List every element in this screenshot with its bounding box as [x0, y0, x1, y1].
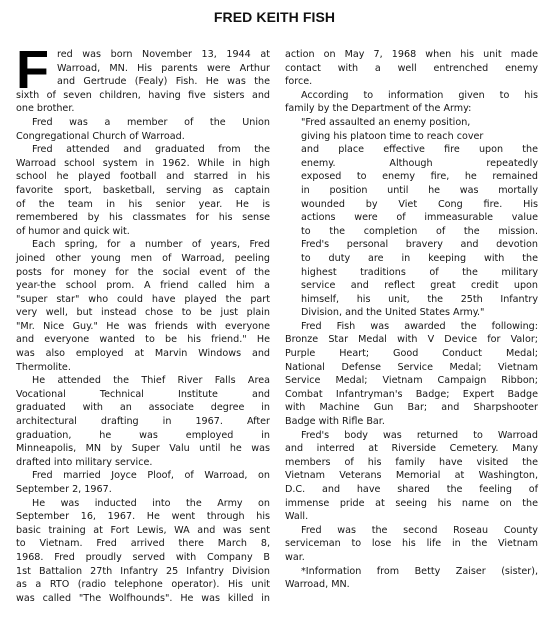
text-line: sixth of seven children, having five sis…: [16, 89, 270, 103]
text-line: Vietnam Veterans Memorial at Washington,: [285, 469, 538, 483]
text-line: "super star" who could have played the p…: [16, 293, 270, 307]
text-line: highest traditions of the military: [285, 266, 538, 280]
text-line: Warroad, MN. His parents were Arthur: [16, 62, 270, 76]
text-line: graduated with an associate degree in: [16, 401, 270, 415]
text-line: graduation, he was employed in: [16, 429, 270, 443]
text-line: in position until he was mortally: [285, 184, 538, 198]
text-line: Fred's body was returned to Warroad: [285, 429, 538, 443]
text-line: was called "The Wolfhounds". He was kill…: [16, 592, 270, 606]
text-line: giving his platoon time to reach cover: [285, 130, 538, 144]
text-line: *Information from Betty Zaiser (sister),: [285, 565, 538, 579]
text-line: Bronze Star Medal with V Device for Valo…: [285, 333, 538, 347]
text-line: According to information given to his: [285, 89, 538, 103]
text-line: was also employed at Marvin Windows and: [16, 347, 270, 361]
text-line: of humor and quick wit.: [16, 225, 270, 239]
text-line: Fred's personal bravery and devotion: [285, 238, 538, 252]
text-line: Wall.: [285, 510, 538, 524]
text-line: war.: [285, 551, 538, 565]
text-line: wounded by Viet Cong fire. His: [285, 198, 538, 212]
text-line: school he played football and starred in…: [16, 170, 270, 184]
text-line: Division, and the United States Army.": [285, 306, 538, 320]
text-line: Purple Heart; Good Conduct Medal;: [285, 347, 538, 361]
text-line: drafted into military service.: [16, 456, 270, 470]
text-line: Each spring, for a number of years, Fred: [16, 238, 270, 252]
text-line: Combat Infantryman's Badge; Expert Badge: [285, 388, 538, 402]
text-line: Congregational Church of Warroad.: [16, 130, 270, 144]
text-line: with Machine Gun Bar; and Sharpshooter: [285, 401, 538, 415]
text-line: to the completion of the mission.: [285, 225, 538, 239]
text-line: Fred attended and graduated from the: [16, 143, 270, 157]
text-line: D.C. and have shared the feeling of: [285, 483, 538, 497]
text-line: Fred was a member of the Union: [16, 116, 270, 130]
text-line: Warroad, MN.: [285, 578, 538, 592]
text-line: Minneapolis, MN by Super Valu until he w…: [16, 442, 270, 456]
text-line: enemy. Although repeatedly: [285, 157, 538, 171]
text-line: Fred Fish was awarded the following:: [285, 320, 538, 334]
text-line: posts for money for the social event of …: [16, 266, 270, 280]
text-line: and interred at Riverside Cemetery. Many: [285, 442, 538, 456]
text-line: Fred married Joyce Ploof, of Warroad, on: [16, 469, 270, 483]
text-line: He was inducted into the Army on: [16, 497, 270, 511]
text-line: Badge with Rifle Bar.: [285, 415, 538, 429]
text-line: Service Medal; Vietnam Campaign Ribbon;: [285, 374, 538, 388]
text-line: to Vietnam. Fred arrived there March 8,: [16, 537, 270, 551]
text-line: September 2, 1967.: [16, 483, 270, 497]
text-line: very well, but instead chose to be just …: [16, 306, 270, 320]
text-line: contact with a well entrenched enemy: [285, 62, 538, 76]
text-line: red was born November 13, 1944 at: [16, 48, 270, 62]
text-line: Warroad school system in 1962. While in …: [16, 157, 270, 171]
page-title: FRED KEITH FISH: [0, 9, 549, 25]
right-column: action on May 7, 1968 when his unit made…: [285, 48, 538, 592]
text-line: basic training at Fort Lewis, WA and was…: [16, 524, 270, 538]
text-line: joined other young men of Warroad, peeli…: [16, 252, 270, 266]
text-line: as a RTO (radio telephone operator). His…: [16, 578, 270, 592]
text-line: exposed to enemy fire, he remained: [285, 170, 538, 184]
text-line: "Mr. Nice Guy." He was friends with ever…: [16, 320, 270, 334]
text-line: Fred was the second Roseau County: [285, 524, 538, 538]
text-line: favorite sport, basketball, serving as c…: [16, 184, 270, 198]
text-line: National Defense Service Medal; Vietnam: [285, 361, 538, 375]
text-line: 1968. Fred proudly served with Company B: [16, 551, 270, 565]
text-line: September 16, 1967. He went through his: [16, 510, 270, 524]
text-line: members of his family have visited the: [285, 456, 538, 470]
text-line: "Fred assaulted an enemy position,: [285, 116, 538, 130]
text-line: architectural drafting in 1967. After: [16, 415, 270, 429]
text-line: year-the school prom. A friend called hi…: [16, 279, 270, 293]
text-line: Thermolite.: [16, 361, 270, 375]
text-line: service and reflect great credit upon: [285, 279, 538, 293]
text-line: of the team in his senior year. He is: [16, 198, 270, 212]
text-line: and place effective fire upon the: [285, 143, 538, 157]
text-line: remembered by his classmates for his sen…: [16, 211, 270, 225]
text-line: actions were of immeasurable value: [285, 211, 538, 225]
text-line: and everyone wanted to be his friend." H…: [16, 333, 270, 347]
text-line: family by the Department of the Army:: [285, 102, 538, 116]
text-line: serviceman to lose his life in the Vietn…: [285, 537, 538, 551]
text-line: action on May 7, 1968 when his unit made: [285, 48, 538, 62]
text-line: force.: [285, 75, 538, 89]
text-line: He attended the Thief River Falls Area: [16, 374, 270, 388]
left-column: red was born November 13, 1944 atWarroad…: [16, 48, 270, 605]
text-line: 1st Battalion 27th Infantry 25 Infantry …: [16, 565, 270, 579]
text-line: to duty are in keeping with the: [285, 252, 538, 266]
text-line: one brother.: [16, 102, 270, 116]
text-line: Vocational Technical Institute and: [16, 388, 270, 402]
text-line: himself, his unit, the 25th Infantry: [285, 293, 538, 307]
text-line: immense pride at seeing his name on the: [285, 497, 538, 511]
text-line: and Gertrude (Fealy) Fish. He was the: [16, 75, 270, 89]
